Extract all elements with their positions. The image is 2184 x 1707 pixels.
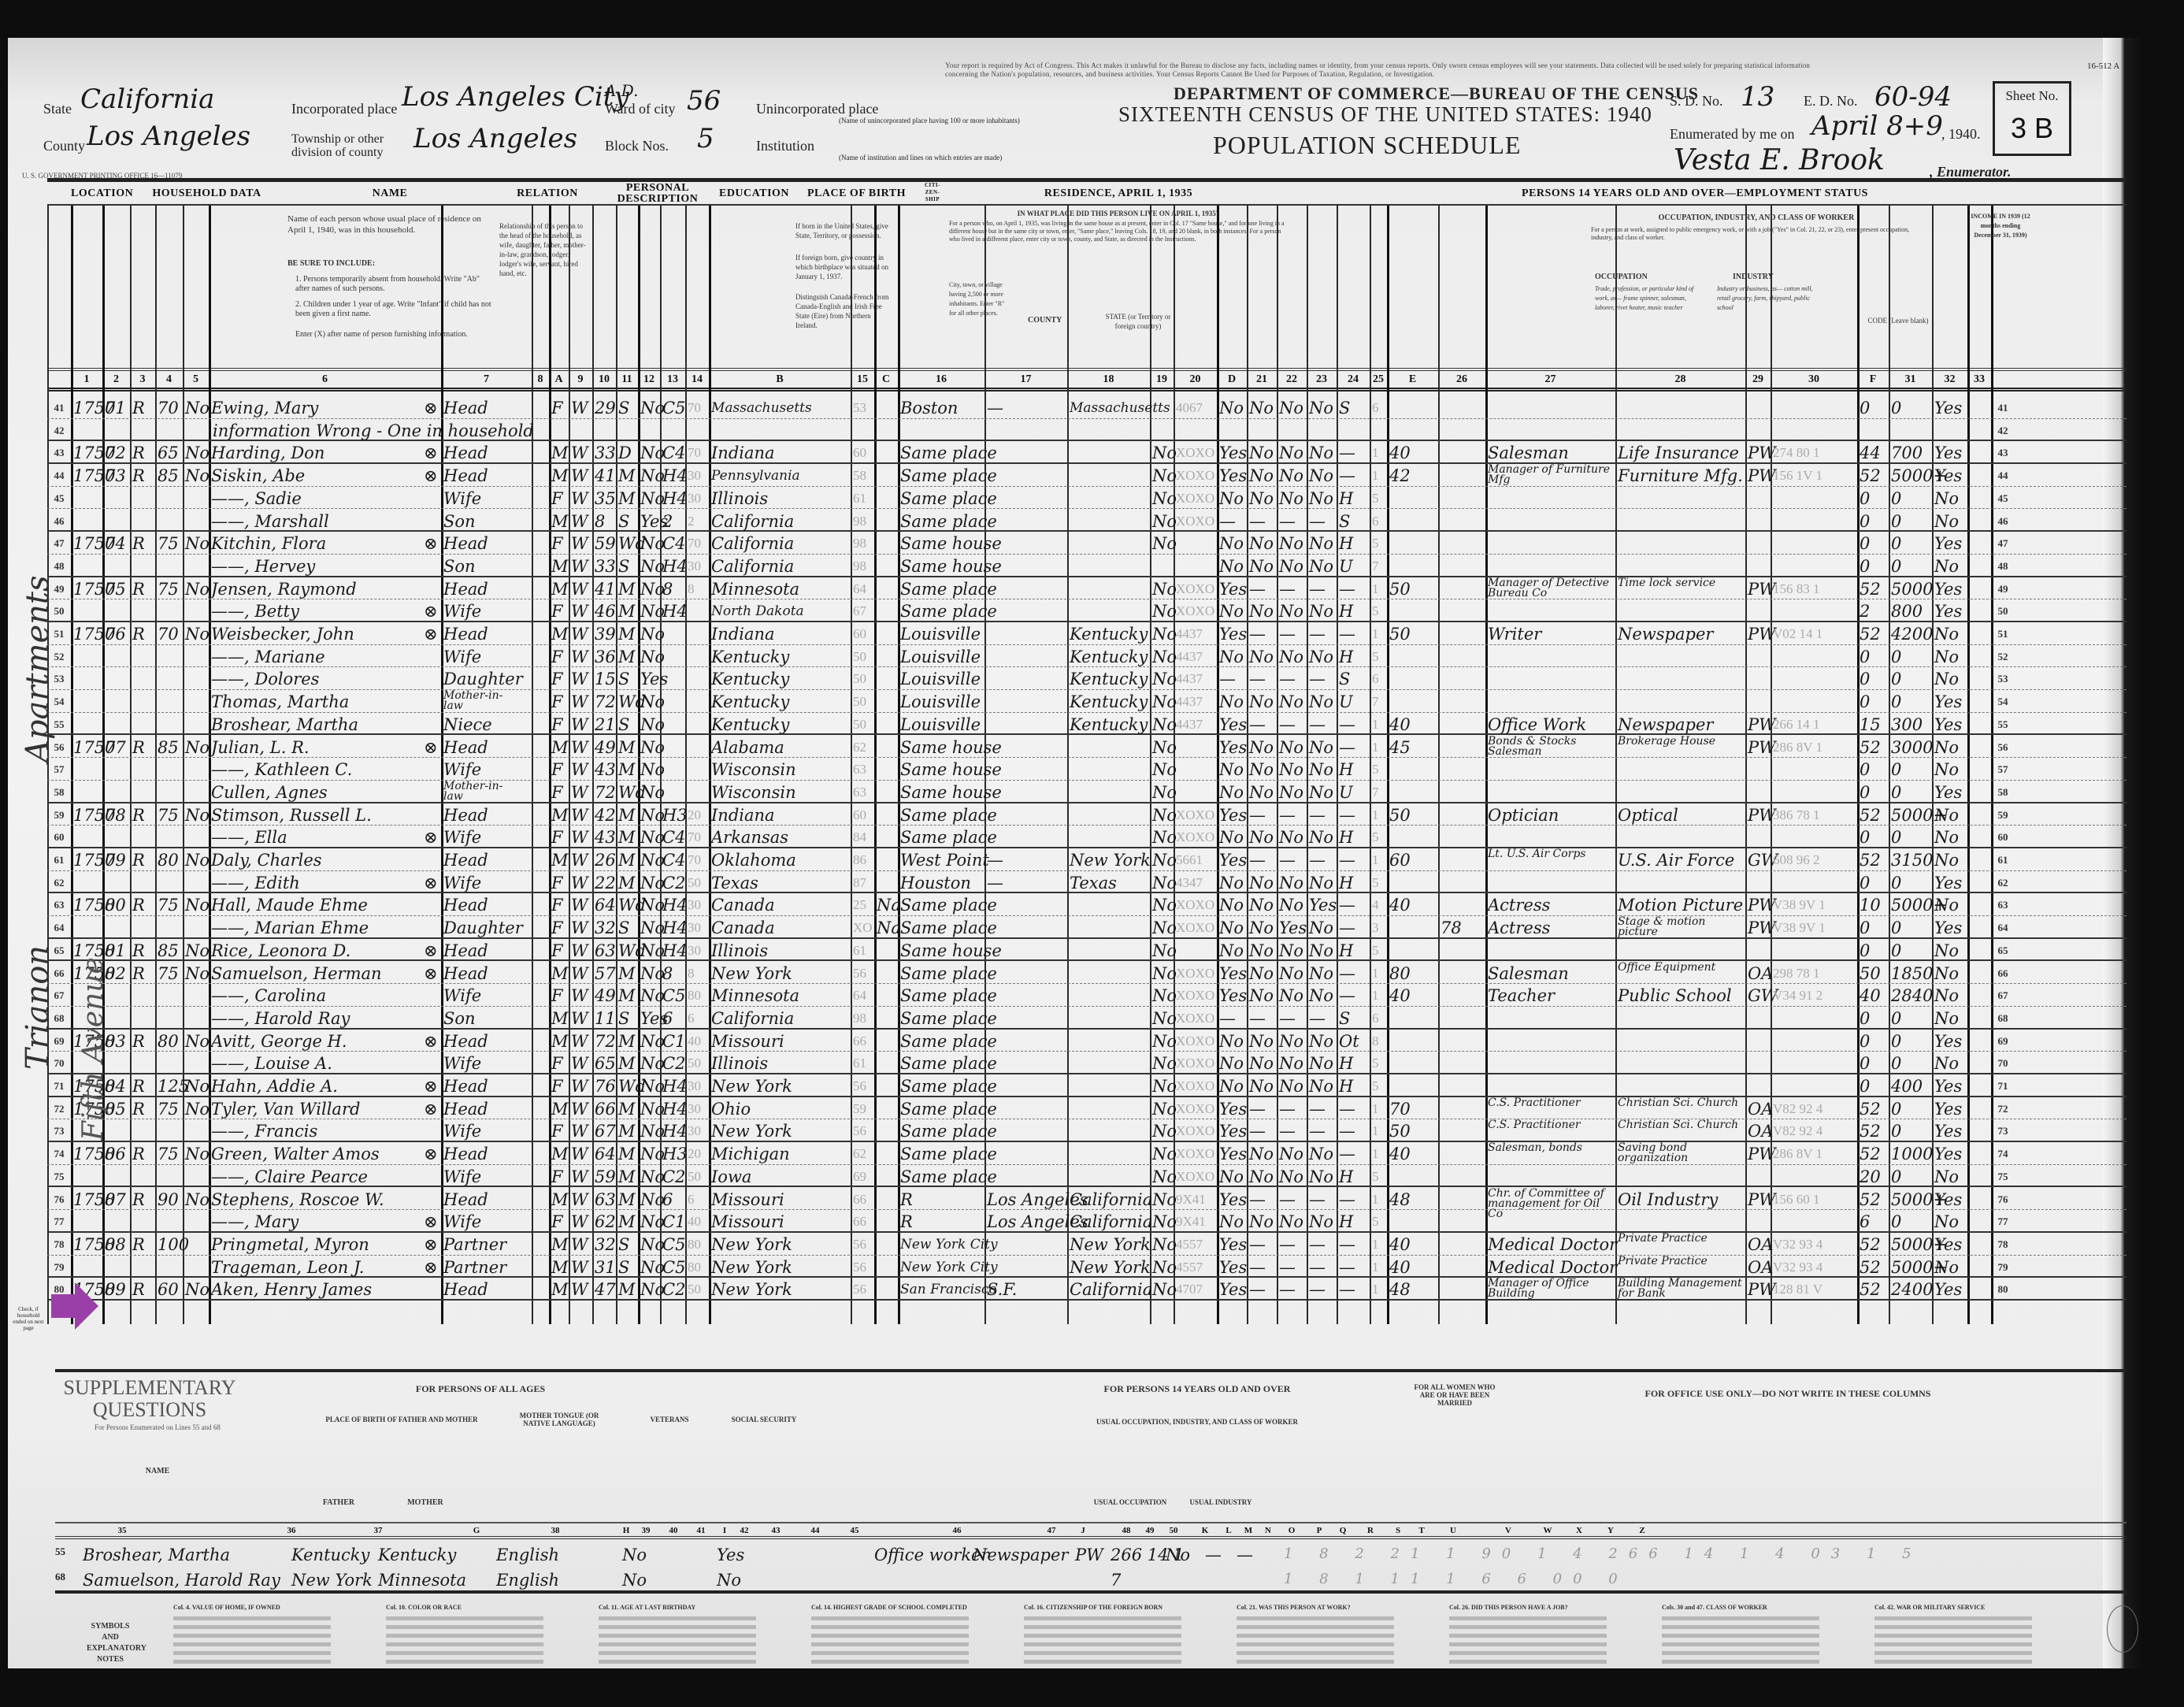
cell-birthplace: North Dakota <box>711 599 804 622</box>
cell-house: 75 <box>105 577 126 599</box>
cell-c25: U <box>1339 690 1353 712</box>
cell-race: W <box>571 464 588 486</box>
cell-race: W <box>571 1030 588 1052</box>
cell-relation: Wife <box>443 984 481 1006</box>
cell-res-farm: No <box>1152 962 1177 984</box>
column-number: 9 <box>569 373 592 386</box>
footer-note-section: Col. 14. HIGHEST GRADE OF SCHOOL COMPLET… <box>811 1604 1000 1612</box>
table-row: 7575——, Claire PearceWifeFW59MNoC2IowaSa… <box>47 1165 2127 1188</box>
cell-c24: — <box>1309 1188 1326 1210</box>
cell-birthplace: Kentucky <box>711 645 789 667</box>
cell-res-farm: No <box>1152 1007 1177 1029</box>
cell-c22: No <box>1249 962 1274 984</box>
cell-industry: Motion Picture <box>1618 893 1743 915</box>
cell-c33: Yes <box>1934 1142 1962 1164</box>
cell-grade: H4 <box>662 1119 688 1141</box>
cell-code-c: 60 <box>853 622 866 644</box>
cell-farm: No <box>185 893 210 915</box>
cell-c33: No <box>1934 622 1959 644</box>
cell-race: W <box>571 1278 588 1300</box>
cell-code-d: XOXO <box>1176 826 1214 848</box>
cell-code-d: 4437 <box>1176 645 1203 667</box>
cell-marital: M <box>618 803 636 826</box>
cell-grade: H4 <box>662 464 688 486</box>
cell-code-d: XOXO <box>1176 1165 1214 1187</box>
footer-text-line <box>811 1651 969 1655</box>
cell-marital: S <box>618 916 629 938</box>
cell-house: 87 <box>105 1188 126 1210</box>
cell-c25: — <box>1339 1278 1355 1300</box>
cell-c24: No <box>1309 939 1333 961</box>
cell-industry: Optical <box>1618 803 1678 826</box>
cell-c21: No <box>1219 871 1244 893</box>
cell-birthplace: Texas <box>711 871 758 893</box>
cell-c23: No <box>1279 758 1303 780</box>
cell-school: No <box>640 1210 665 1232</box>
cell-code-c: XO <box>853 916 873 938</box>
cell-industry: Public School <box>1618 984 1732 1006</box>
cell-school: No <box>640 916 665 938</box>
cell-c21: Yes <box>1219 713 1247 735</box>
table-row: 4343175072R65NoHarding, DonHeadMW33DNoC4… <box>47 441 2127 464</box>
cell-c22: — <box>1249 1278 1266 1300</box>
supp-column-number: 42 <box>732 1526 756 1535</box>
cell-age: 31 <box>595 1256 616 1278</box>
footer-text-line <box>386 1625 543 1629</box>
cell-c25: — <box>1339 893 1355 915</box>
cell-c26: 50 <box>1389 577 1411 599</box>
cell-c30: PW <box>1748 622 1776 644</box>
supplementary-questions: SUPPLEMENTARY QUESTIONS For Persons Enum… <box>55 1369 2127 1594</box>
cell-marital: M <box>618 622 636 644</box>
table-row: 5454Thomas, MarthaMother-in-lawFW72WdNoK… <box>47 690 2127 713</box>
supp-column-number: 40 <box>662 1526 685 1535</box>
footer-text-line <box>173 1625 331 1629</box>
cell-line: 62 <box>50 871 69 893</box>
cell-age: 32 <box>595 1233 616 1255</box>
enumerated-year: , 1940. <box>1941 126 1981 143</box>
cell-sex: F <box>551 893 563 915</box>
purple-marker-arrow-icon <box>51 1282 98 1330</box>
explanatory-notes: SYMBOLS AND EXPLANATORY NOTES Col. 4. VA… <box>55 1598 2103 1672</box>
cell-res-farm: No <box>1152 984 1177 1006</box>
cell-cit: Na <box>877 916 901 938</box>
cell-lnR: 57 <box>1993 758 2012 780</box>
cell-birthplace: Indiana <box>711 622 775 644</box>
cell-lnR: 50 <box>1993 599 2012 622</box>
county-value: Los Angeles <box>87 121 250 152</box>
cell-code-b: 70 <box>688 848 701 870</box>
cell-code-b: 50 <box>688 1278 701 1300</box>
cell-c25: H <box>1339 645 1353 667</box>
cell-lnR: 65 <box>1993 939 2012 961</box>
cell-code-f: 156 1V 1 <box>1773 464 1822 486</box>
supp-column-number: 44 <box>803 1526 827 1535</box>
footer-note-section: Col. 42. WAR OR MILITARY SERVICE <box>1874 1604 2063 1612</box>
parents-birth-header: PLACE OF BIRTH OF FATHER AND MOTHER <box>299 1416 504 1423</box>
cell-c22: No <box>1249 396 1274 418</box>
cell-res-farm: No <box>1152 916 1177 938</box>
supp-column-number: 38 <box>543 1526 567 1535</box>
cell-code-c: 58 <box>853 464 866 486</box>
cell-c26: 40 <box>1389 984 1411 1006</box>
cell-sex: M <box>551 441 569 463</box>
cell-birthplace: Missouri <box>711 1188 784 1210</box>
cell-c25: S <box>1339 510 1350 532</box>
cell-c22: — <box>1249 803 1266 826</box>
sd-label: S. D. No. <box>1670 93 1723 109</box>
footer-text-line <box>1024 1616 1181 1620</box>
supp-mother-col: MOTHER <box>394 1498 457 1507</box>
cell-code-e: 5 <box>1372 599 1379 622</box>
cell-name: Tyler, Van Willard <box>211 1097 360 1119</box>
cell-code-f: V82 92 4 <box>1773 1097 1822 1119</box>
table-row: 4242information Wrong - One in household <box>47 419 2127 442</box>
cell-line: 43 <box>50 441 69 463</box>
cell-school: No <box>640 1142 665 1164</box>
cell-relation: Head <box>443 441 488 463</box>
cell-res-city: Same place <box>900 441 997 463</box>
cell-school: No <box>640 1052 665 1074</box>
cell-occupation: C.S. Practitioner <box>1488 1120 1613 1142</box>
supp-cell-name: Samuelson, Harold Ray <box>83 1571 280 1590</box>
cell-marital: M <box>618 1210 636 1232</box>
cell-res-farm: No <box>1152 1074 1177 1097</box>
cell-code-b: 50 <box>688 1052 701 1074</box>
cell-race: W <box>571 758 588 780</box>
cell-school: No <box>640 622 665 644</box>
cell-c21: No <box>1219 826 1244 848</box>
cell-age: 21 <box>595 713 616 735</box>
cell-c23: No <box>1279 1142 1303 1164</box>
cell-c25: — <box>1339 1256 1355 1278</box>
cell-sex: F <box>551 487 563 509</box>
cell-grade: H4 <box>662 939 688 961</box>
group-relation: RELATION <box>496 182 599 206</box>
cell-c32: 400 <box>1891 1074 1923 1097</box>
cell-value: 65 <box>158 441 179 463</box>
cell-c32: 4200 <box>1891 622 1933 644</box>
cell-name: Pringmetal, Myron <box>211 1233 369 1255</box>
cell-age: 42 <box>595 803 616 826</box>
cell-lnR: 59 <box>1993 803 2012 826</box>
cell-age: 49 <box>595 736 616 758</box>
cell-code-b: 20 <box>688 1142 701 1164</box>
cell-c24: No <box>1309 1074 1333 1097</box>
table-row: 7878175088R100Pringmetal, MyronPartnerMW… <box>47 1233 2127 1256</box>
cell-name: ——, Ella <box>211 826 287 848</box>
cell-birthplace: Michigan <box>711 1142 790 1164</box>
footer-text-line <box>173 1642 331 1646</box>
cell-c33: No <box>1934 487 1959 509</box>
cell-c25: — <box>1339 1188 1355 1210</box>
cell-name: ——, Louise A. <box>211 1052 332 1074</box>
cell-code-f: V32 93 4 <box>1773 1256 1822 1278</box>
cell-c21: No <box>1219 396 1244 418</box>
column-headers: Name of each person whose usual place of… <box>47 206 2127 371</box>
cell-relation: Wife <box>443 871 481 893</box>
cell-c27: 78 <box>1441 916 1462 938</box>
institution-label: Institution <box>756 138 814 154</box>
cell-c21: No <box>1219 690 1244 712</box>
cell-c23: No <box>1279 441 1303 463</box>
cell-c21: No <box>1219 781 1244 803</box>
cell-code-e: 5 <box>1372 871 1379 893</box>
cell-c25: — <box>1339 441 1355 463</box>
group-location: LOCATION <box>71 182 130 206</box>
cell-house: 86 <box>105 1142 126 1164</box>
cell-c25: H <box>1339 599 1353 622</box>
cell-res-city: Houston <box>900 871 971 893</box>
cell-house: 72 <box>105 441 126 463</box>
cell-c22: No <box>1249 893 1274 915</box>
cell-res-city: New York City <box>900 1233 998 1255</box>
table-row: 7777——, MaryWifeFW62MNoC1MissouriRLos An… <box>47 1210 2127 1233</box>
cell-res-farm: No <box>1152 1142 1177 1164</box>
cell-res-farm: No <box>1152 1278 1177 1300</box>
cell-code-d: XOXO <box>1176 1052 1214 1074</box>
cell-code-e: 1 <box>1372 962 1379 984</box>
footer-text-line <box>1024 1651 1181 1655</box>
veterans-header: VETERANS <box>626 1416 713 1423</box>
cell-c21: Yes <box>1219 984 1247 1006</box>
cell-code-f: 286 8V 1 <box>1773 736 1822 758</box>
cell-code-e: 1 <box>1372 1233 1379 1255</box>
cell-code-c: 50 <box>853 667 866 689</box>
cell-name: ——, Marian Ehme <box>211 916 369 938</box>
cell-lnR: 46 <box>1993 510 2012 532</box>
cell-c33: Yes <box>1934 1233 1962 1255</box>
cell-grade: C1 <box>662 1030 685 1052</box>
cell-code-b: 30 <box>688 1119 701 1141</box>
cell-school: No <box>640 441 665 463</box>
cell-c31: 0 <box>1860 1074 1870 1097</box>
occupation-header: OCCUPATION, INDUSTRY, AND CLASS OF WORKE… <box>1591 213 1922 223</box>
cell-industry: Christian Sci. Church <box>1618 1120 1743 1142</box>
cell-c30: PW <box>1748 1142 1776 1164</box>
cell-c32: 0 <box>1891 939 1901 961</box>
cell-res-farm: No <box>1152 736 1177 758</box>
cell-c24: No <box>1309 690 1333 712</box>
cell-school: No <box>640 464 665 486</box>
cell-c22: No <box>1249 1210 1274 1232</box>
cell-line: 59 <box>50 803 69 826</box>
cell-code-c: 56 <box>853 962 866 984</box>
cell-birthplace: Illinois <box>711 1052 768 1074</box>
cell-birthplace: Ohio <box>711 1097 751 1119</box>
cell-birthplace: New York <box>711 1278 792 1300</box>
cell-occupation: Office Work <box>1488 713 1586 735</box>
cell-tenure: R <box>132 1233 145 1255</box>
cell-grade: H4 <box>662 555 688 577</box>
cell-c21: Yes <box>1219 622 1247 644</box>
cell-grade: C1 <box>662 1210 685 1232</box>
cell-c22: No <box>1249 599 1274 622</box>
cell-code-e: 1 <box>1372 848 1379 870</box>
cell-school: No <box>640 962 665 984</box>
cell-c31: 6 <box>1860 1210 1870 1232</box>
cell-c24: — <box>1309 510 1326 532</box>
cell-birthplace: California <box>711 555 794 577</box>
cell-race: W <box>571 622 588 644</box>
cell-c33: No <box>1934 1007 1959 1029</box>
cell-race: W <box>571 1074 588 1097</box>
cell-name: ——, Hervey <box>211 555 315 577</box>
cell-name: Julian, L. R. <box>211 736 310 758</box>
footer-text-line <box>811 1634 969 1638</box>
cell-birthplace: California <box>711 532 794 554</box>
cell-relation: Head <box>443 736 488 758</box>
cell-name: Aken, Henry James <box>211 1278 372 1300</box>
table-row: 6666175082R75NoSamuelson, HermanHeadMW57… <box>47 962 2127 985</box>
column-number: 29 <box>1745 373 1771 386</box>
sheet-number-box: Sheet No. 3 B <box>1993 81 2071 156</box>
cell-birthplace: Illinois <box>711 939 768 961</box>
cell-line: 63 <box>50 893 69 915</box>
cell-c32: 800 <box>1891 599 1923 622</box>
cell-school: No <box>640 645 665 667</box>
cell-name: Harding, Don <box>211 441 324 463</box>
cell-school: No <box>640 826 665 848</box>
cell-grade: H4 <box>662 599 688 622</box>
cell-race: W <box>571 1119 588 1141</box>
cell-line: 76 <box>50 1188 69 1210</box>
cell-res-city: Louisville <box>900 645 981 667</box>
cell-code-d: 4437 <box>1176 622 1203 644</box>
cell-code-d: 4707 <box>1176 1278 1203 1300</box>
supp-cell-office: 1 8 2 21 1 90 1 4 266 14 1 4 03 1 5 <box>1284 1546 1923 1562</box>
cell-c31: 20 <box>1860 1165 1881 1187</box>
cell-lnR: 61 <box>1993 848 2012 870</box>
enumerated-date: April 8+9 <box>1811 110 1943 142</box>
cell-res-city: West Point <box>900 848 989 870</box>
cell-value: 85 <box>158 939 179 961</box>
name-instruction: Name of each person whose usual place of… <box>287 213 492 236</box>
cell-c21: Yes <box>1219 1256 1247 1278</box>
cell-marital: S <box>618 396 629 418</box>
cell-industry: Brokerage House <box>1618 737 1743 759</box>
cell-c25: H <box>1339 1210 1353 1232</box>
informant-mark-icon: ⊗ <box>424 871 438 893</box>
footer-text-line <box>811 1660 969 1664</box>
cell-c21: No <box>1219 487 1244 509</box>
cell-code-c: 67 <box>853 599 866 622</box>
cell-c31: 0 <box>1860 532 1870 554</box>
cell-lnR: 73 <box>1993 1119 2012 1141</box>
cell-code-d: XOXO <box>1176 1142 1214 1164</box>
supp-cell-veteran: No <box>622 1571 647 1590</box>
include-rule-3: Enter (X) after name of person furnishin… <box>295 330 492 340</box>
cell-c31: 0 <box>1860 667 1870 689</box>
cell-school: No <box>640 781 665 803</box>
birth-instruction-3: Distinguish Canada-French from Canada-En… <box>795 292 894 330</box>
informant-mark-icon: ⊗ <box>424 939 438 961</box>
cell-c30: OA <box>1748 1119 1773 1141</box>
footer-text-line <box>1662 1634 1819 1638</box>
cell-c22: — <box>1249 510 1266 532</box>
cell-school: No <box>640 871 665 893</box>
cell-marital: M <box>618 464 636 486</box>
cell-marital: M <box>618 1142 636 1164</box>
supp-column-number: V <box>1496 1526 1520 1535</box>
cell-code-b: 6 <box>688 1188 695 1210</box>
cell-industry: Building Management for Bank <box>1618 1278 1743 1301</box>
cell-grade: C2 <box>662 1278 685 1300</box>
cell-res-state: California <box>1070 1210 1152 1232</box>
table-row: 7373——, FrancisWifeFW67MNoH4New YorkSame… <box>47 1119 2127 1142</box>
supp-column-number: Y <box>1599 1526 1622 1535</box>
cell-c24: No <box>1309 1210 1333 1232</box>
cell-code-e: 1 <box>1372 1256 1379 1278</box>
cell-res-city: Same place <box>900 1165 997 1187</box>
cell-res-state: Kentucky <box>1070 690 1148 712</box>
cell-marital: M <box>618 984 636 1006</box>
supp-column-number: 36 <box>280 1526 303 1535</box>
trianon-annotation: Trianon <box>20 928 56 1070</box>
cell-code-d: 4067 <box>1176 396 1203 418</box>
cell-c25: — <box>1339 1142 1355 1164</box>
cell-c24: No <box>1309 1052 1333 1074</box>
cell-value: 70 <box>158 622 179 644</box>
cell-c21: Yes <box>1219 577 1247 599</box>
cell-marital: M <box>618 736 636 758</box>
cell-c25: Ot <box>1339 1030 1359 1052</box>
cell-age: 76 <box>595 1074 616 1097</box>
cell-c23: No <box>1279 1074 1303 1097</box>
column-number: F <box>1857 373 1889 386</box>
footer-text-line <box>173 1634 331 1638</box>
cell-birthplace: New York <box>711 962 792 984</box>
column-number: 22 <box>1277 373 1307 386</box>
cell-c23: No <box>1279 1052 1303 1074</box>
informant-mark-icon: ⊗ <box>424 464 438 486</box>
cell-c26: 70 <box>1389 1097 1411 1119</box>
cell-res-farm: No <box>1152 826 1177 848</box>
cell-res-farm: No <box>1152 871 1177 893</box>
apartments-annotation: Apartments <box>20 479 56 763</box>
cell-code-c: 63 <box>853 781 866 803</box>
cell-c23: — <box>1279 667 1296 689</box>
cell-res-city: Same place <box>900 510 997 532</box>
cell-c22: No <box>1249 532 1274 554</box>
cell-occupation: Actress <box>1488 916 1550 938</box>
supplementary-subtitle: For Persons Enumerated on Lines 55 and 6… <box>71 1423 244 1432</box>
cell-house: 74 <box>105 532 126 554</box>
cell-c30: PW <box>1748 713 1776 735</box>
cell-c21: No <box>1219 532 1244 554</box>
mother-tongue-header: MOTHER TONGUE (OR NATIVE LANGUAGE) <box>512 1412 606 1427</box>
cell-c21: — <box>1219 1007 1236 1029</box>
cell-c33: No <box>1934 1052 1959 1074</box>
cell-code-e: 1 <box>1372 622 1379 644</box>
cell-code-d: XOXO <box>1176 1007 1214 1029</box>
footer-note-section: Col. 16. CITIZENSHIP OF THE FOREIGN BORN <box>1024 1604 1213 1612</box>
cell-c32: 0 <box>1891 1030 1901 1052</box>
column-number: 20 <box>1174 373 1217 386</box>
supp-column-number: J <box>1071 1526 1095 1535</box>
cell-res-city: Same house <box>900 555 1002 577</box>
institution-note: (Name of institution and lines on which … <box>839 154 1002 161</box>
cell-school: No <box>640 599 665 622</box>
cell-res-farm: No <box>1152 599 1177 622</box>
cell-race: W <box>571 1052 588 1074</box>
cell-c33: No <box>1934 1256 1959 1278</box>
cell-c33: No <box>1934 645 1959 667</box>
cell-occupation: Actress <box>1488 893 1550 915</box>
column-number: 25 <box>1370 373 1387 386</box>
enumerated-label: Enumerated by me on <box>1670 126 1794 143</box>
cell-farm: No <box>185 939 210 961</box>
